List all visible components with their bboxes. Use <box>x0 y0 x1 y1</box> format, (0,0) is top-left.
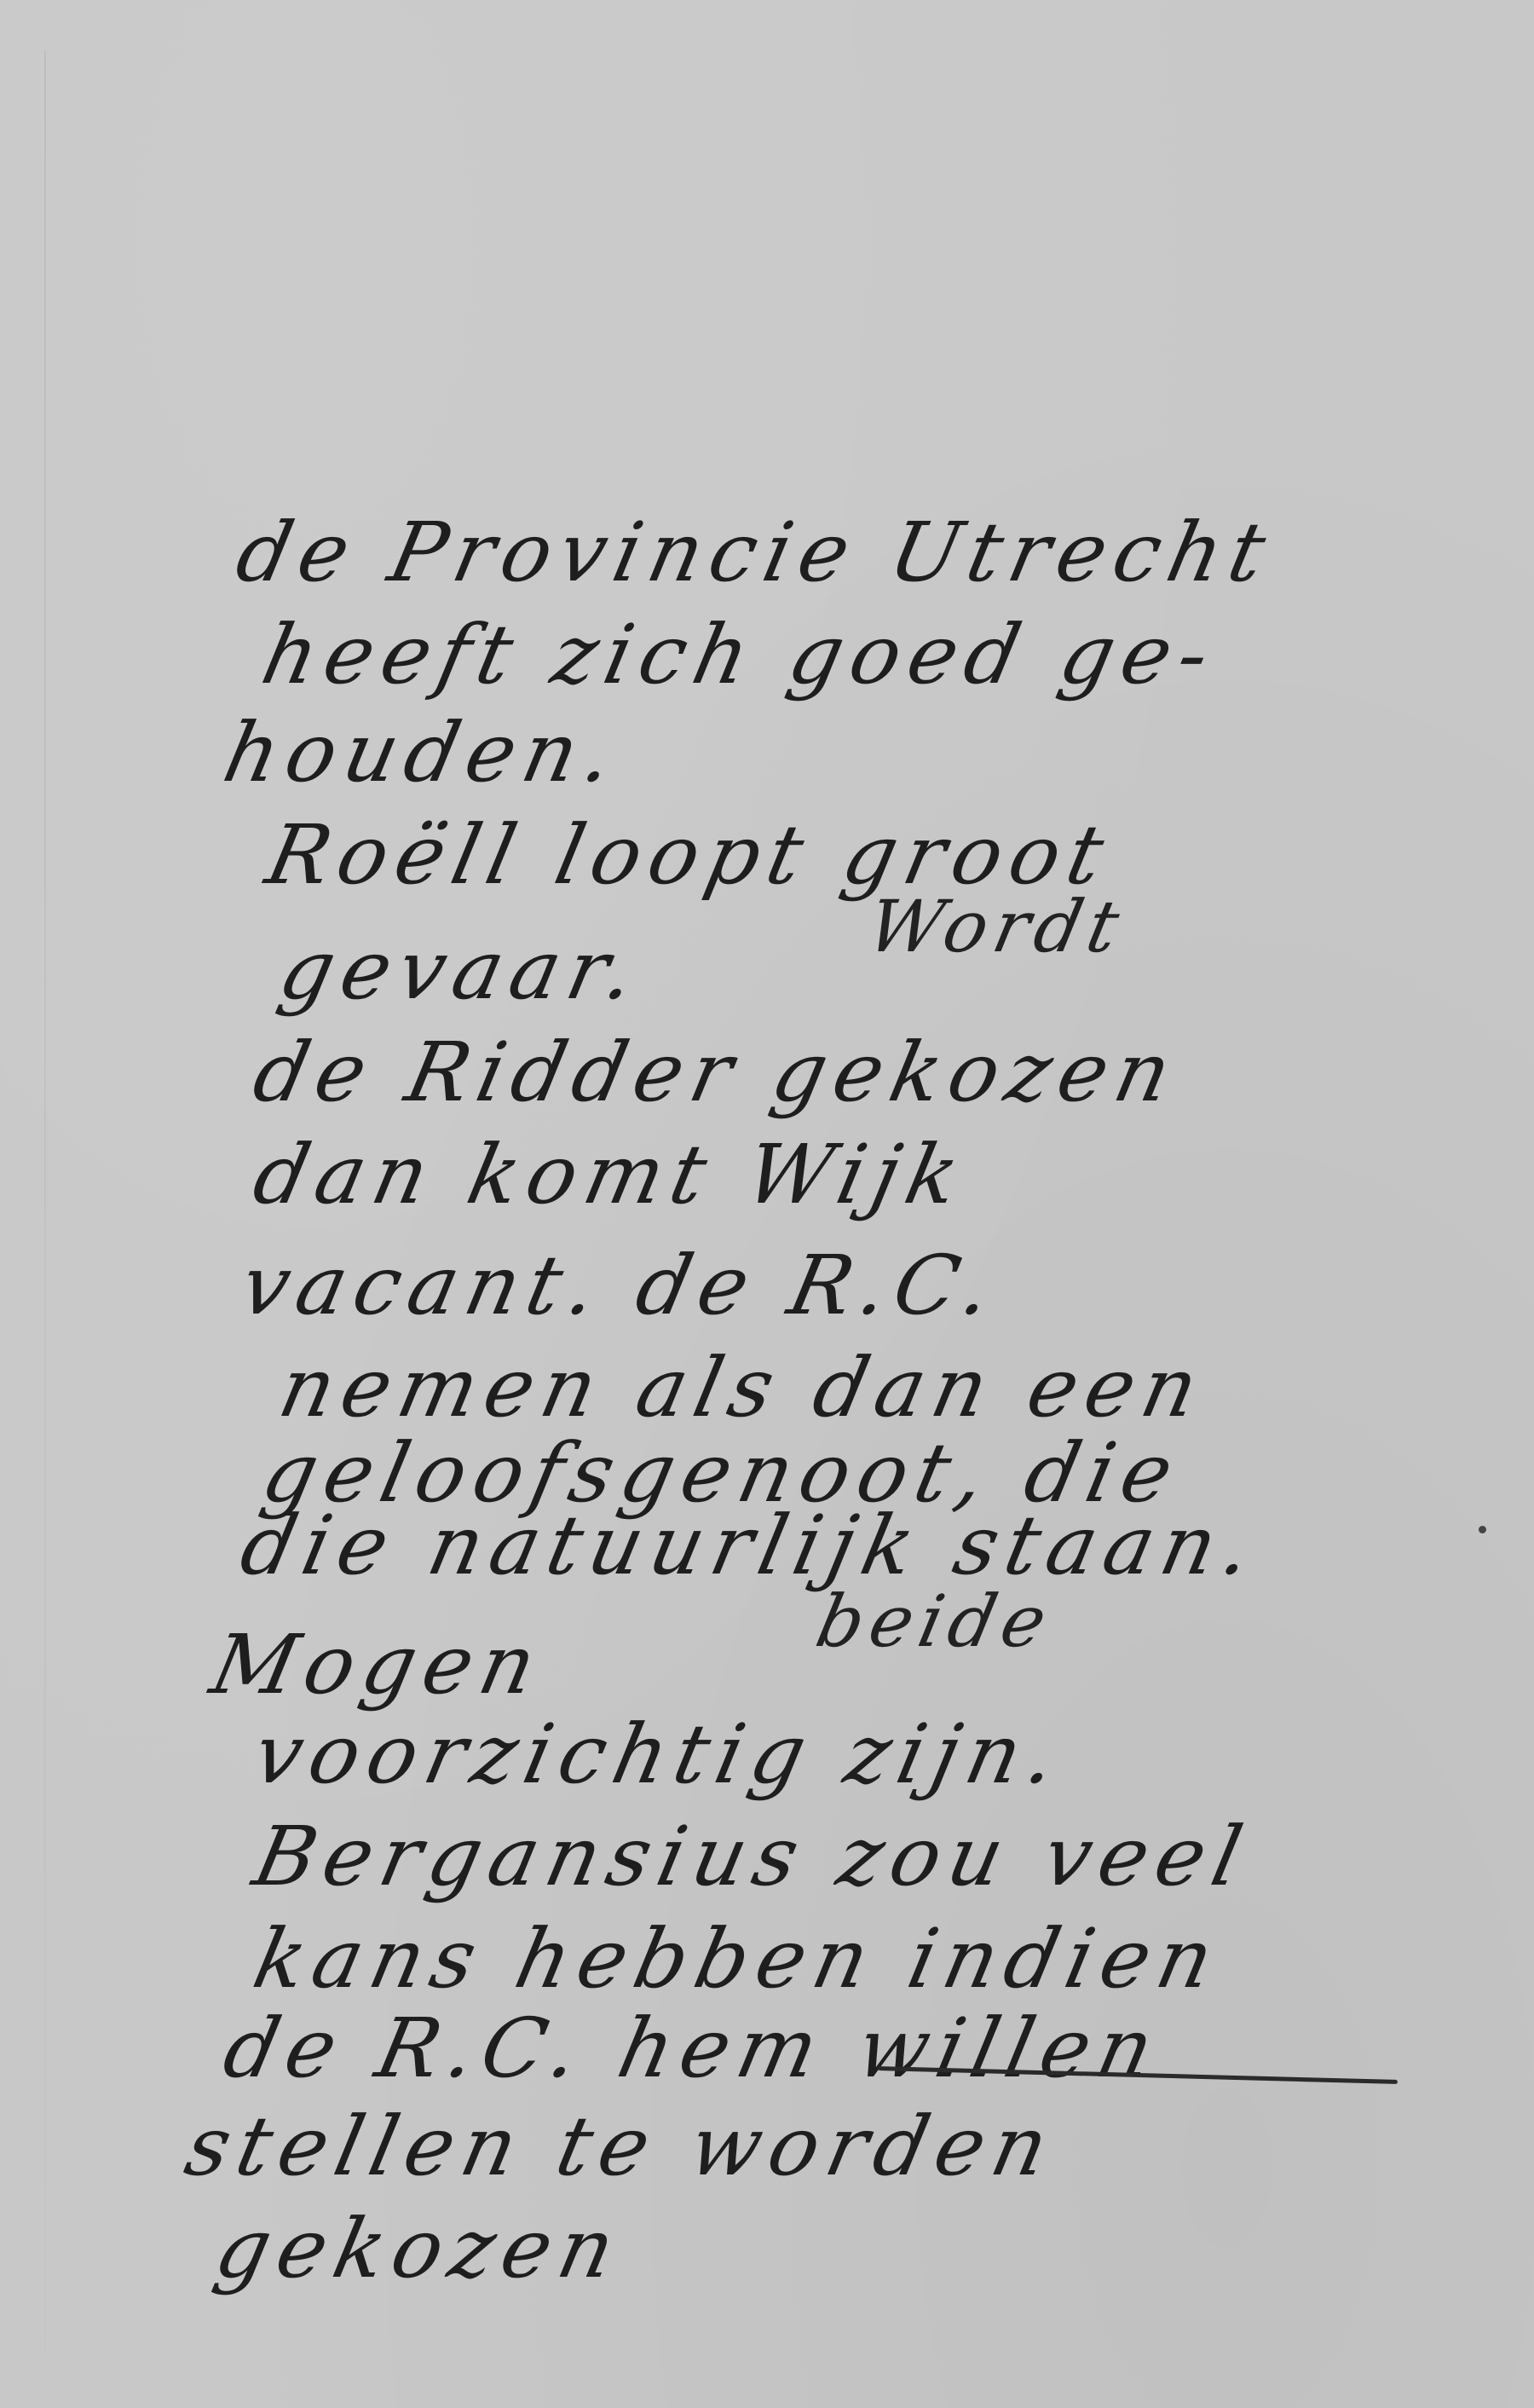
handwritten-line-15: kans hebben indien <box>247 1918 1228 2000</box>
handwritten-line-5: gevaar. <box>273 929 650 1011</box>
page-margin-shadow <box>44 51 46 2353</box>
handwritten-line-6: de Ridder gekozen <box>247 1031 1186 1113</box>
handwritten-line-8: vacant. de R.C. <box>234 1244 1006 1326</box>
handwritten-line-18: gekozen <box>209 2208 630 2290</box>
handwritten-line-1: de Provincie Utrecht <box>230 511 1280 593</box>
handwritten-line-13: voorzichtig zijn. <box>247 1713 1072 1795</box>
handwritten-line-16: de R.C. hem willen <box>217 2007 1168 2089</box>
handwritten-line-12: Mogen <box>205 1624 551 1706</box>
handwritten-line-9: nemen als dan een <box>273 1347 1213 1429</box>
handwritten-line-11: die natuurlijk staan. <box>234 1504 1267 1586</box>
handwritten-line-14: Bergansius zou veel <box>247 1816 1257 1897</box>
handwritten-line-2: heeft zich goed ge- <box>256 614 1225 696</box>
inserted-word-wordt: Wordt <box>862 891 1132 962</box>
inserted-word-beide: beide <box>810 1585 1059 1657</box>
handwritten-line-7: dan komt Wijk <box>247 1134 974 1216</box>
letter-page: de Provincie Utrecht heeft zich goed ge-… <box>0 0 1534 2408</box>
handwritten-line-3: houden. <box>217 712 628 794</box>
handwritten-line-4: Roëll loopt groot <box>260 814 1119 896</box>
ink-dot <box>1479 1526 1486 1533</box>
handwritten-line-17: stellen te worden <box>179 2105 1063 2187</box>
